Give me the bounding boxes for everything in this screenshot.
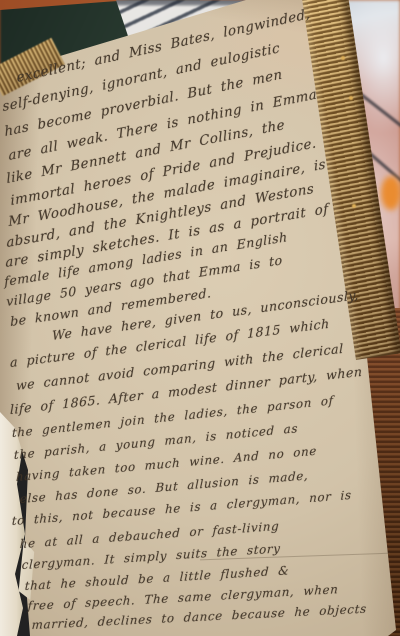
- orange-highlight-blur: [381, 176, 400, 210]
- photo-of-manuscript-page: excellent; and Miss Bates, longwinded, s…: [0, 0, 400, 636]
- gold-fleck: [352, 204, 356, 208]
- gold-fleck: [341, 56, 345, 60]
- gold-fleck: [349, 96, 353, 100]
